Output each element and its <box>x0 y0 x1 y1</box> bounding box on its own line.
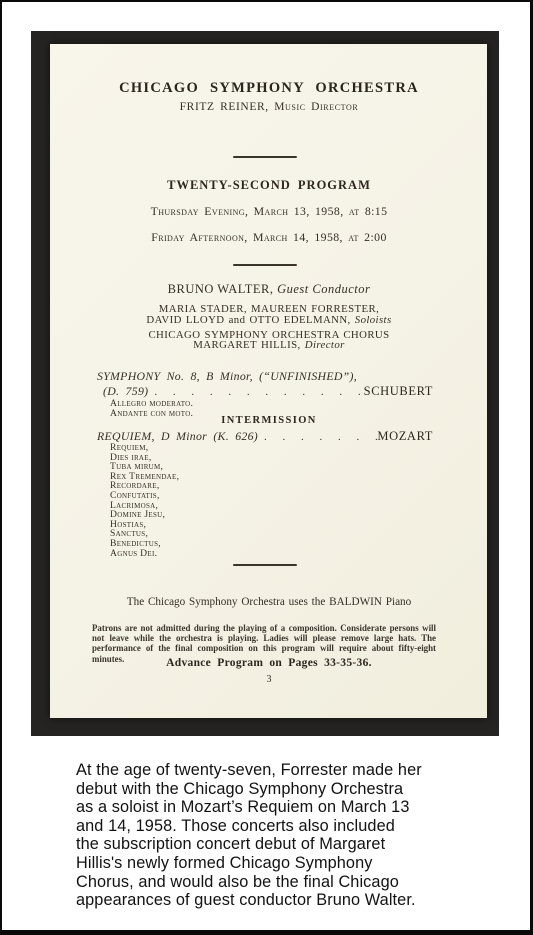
work1-title-line2-row: (D. 759) . . . . . . . . . . . . . SCHUB… <box>103 384 433 399</box>
photo-caption: At the age of twenty-seven, Forrester ma… <box>76 761 496 910</box>
conductor-role: Guest Conductor <box>277 282 370 296</box>
caption-line: and 14, 1958. Those concerts also includ… <box>76 817 496 836</box>
patron-notice-line: Patrons are not admitted during the play… <box>92 623 436 633</box>
screenshot-canvas: CHICAGO SYMPHONY ORCHESTRA FRITZ REINER,… <box>0 0 533 935</box>
leader-dots: . . . . . . . . . <box>258 431 377 443</box>
work2-movement-list: Requiem, Dies irae, Tuba mirum, Rex Trem… <box>110 443 179 558</box>
patron-notice-line: not leave while the orchestra is playing… <box>92 633 436 643</box>
soloists-role: Soloists <box>355 314 392 326</box>
work1-catalog-number: (D. 759) <box>103 384 148 399</box>
music-director-name: FRITZ REINER, <box>180 101 269 113</box>
advance-program-note: Advance Program on Pages 33-35-36. <box>54 657 484 669</box>
work1-title-line1: SYMPHONY No. 8, B Minor, (“UNFINISHED”), <box>97 369 357 384</box>
chorus-director-role: Director <box>305 339 345 351</box>
concert-date-friday: Friday Afternoon, March 14, 1958, at 2:0… <box>54 230 484 245</box>
concert-date-thursday: Thursday Evening, March 13, 1958, at 8:1… <box>54 204 484 219</box>
music-director-line: FRITZ REINER, Music Director <box>54 101 484 113</box>
divider-rule-middle <box>233 264 297 266</box>
program-scan-frame: CHICAGO SYMPHONY ORCHESTRA FRITZ REINER,… <box>31 31 499 736</box>
conductor-line: BRUNO WALTER, Guest Conductor <box>54 282 484 297</box>
caption-line: appearances of guest conductor Bruno Wal… <box>76 891 496 910</box>
orchestra-title: CHICAGO SYMPHONY ORCHESTRA <box>54 80 484 97</box>
program-title: TWENTY-SECOND PROGRAM <box>54 178 484 193</box>
chorus-director-name: MARGARET HILLIS, <box>193 339 300 351</box>
caption-line: Chorus, and would also be the final Chic… <box>76 873 496 892</box>
chorus-director-line: MARGARET HILLIS, Director <box>54 339 484 351</box>
divider-rule-top <box>233 156 297 158</box>
composer-name-mozart: MOZART <box>377 429 433 444</box>
divider-rule-bottom <box>233 564 297 566</box>
program-page: CHICAGO SYMPHONY ORCHESTRA FRITZ REINER,… <box>50 44 487 718</box>
movement-item: Agnus Dei. <box>110 549 179 559</box>
conductor-name: BRUNO WALTER, <box>168 282 274 296</box>
piano-note: The Chicago Symphony Orchestra uses the … <box>54 596 484 608</box>
intermission-heading: INTERMISSION <box>54 415 484 426</box>
soloists-line-2: DAVID LLOYD and OTTO EDELMANN, Soloists <box>54 314 484 326</box>
caption-line: At the age of twenty-seven, Forrester ma… <box>76 761 496 780</box>
caption-line: Hillis's newly formed Chicago Symphony <box>76 854 496 873</box>
caption-line: debut with the Chicago Symphony Orchestr… <box>76 780 496 799</box>
soloists-names: DAVID LLOYD and OTTO EDELMANN, <box>146 314 350 326</box>
caption-line: as a soloist in Mozart’s Requiem on Marc… <box>76 798 496 817</box>
caption-line: the subscription concert debut of Margar… <box>76 835 496 854</box>
page-number: 3 <box>54 674 484 685</box>
music-director-role: Music Director <box>274 101 358 113</box>
composer-name-schubert: SCHUBERT <box>364 384 433 399</box>
leader-dots: . . . . . . . . . . . . . <box>148 386 363 398</box>
